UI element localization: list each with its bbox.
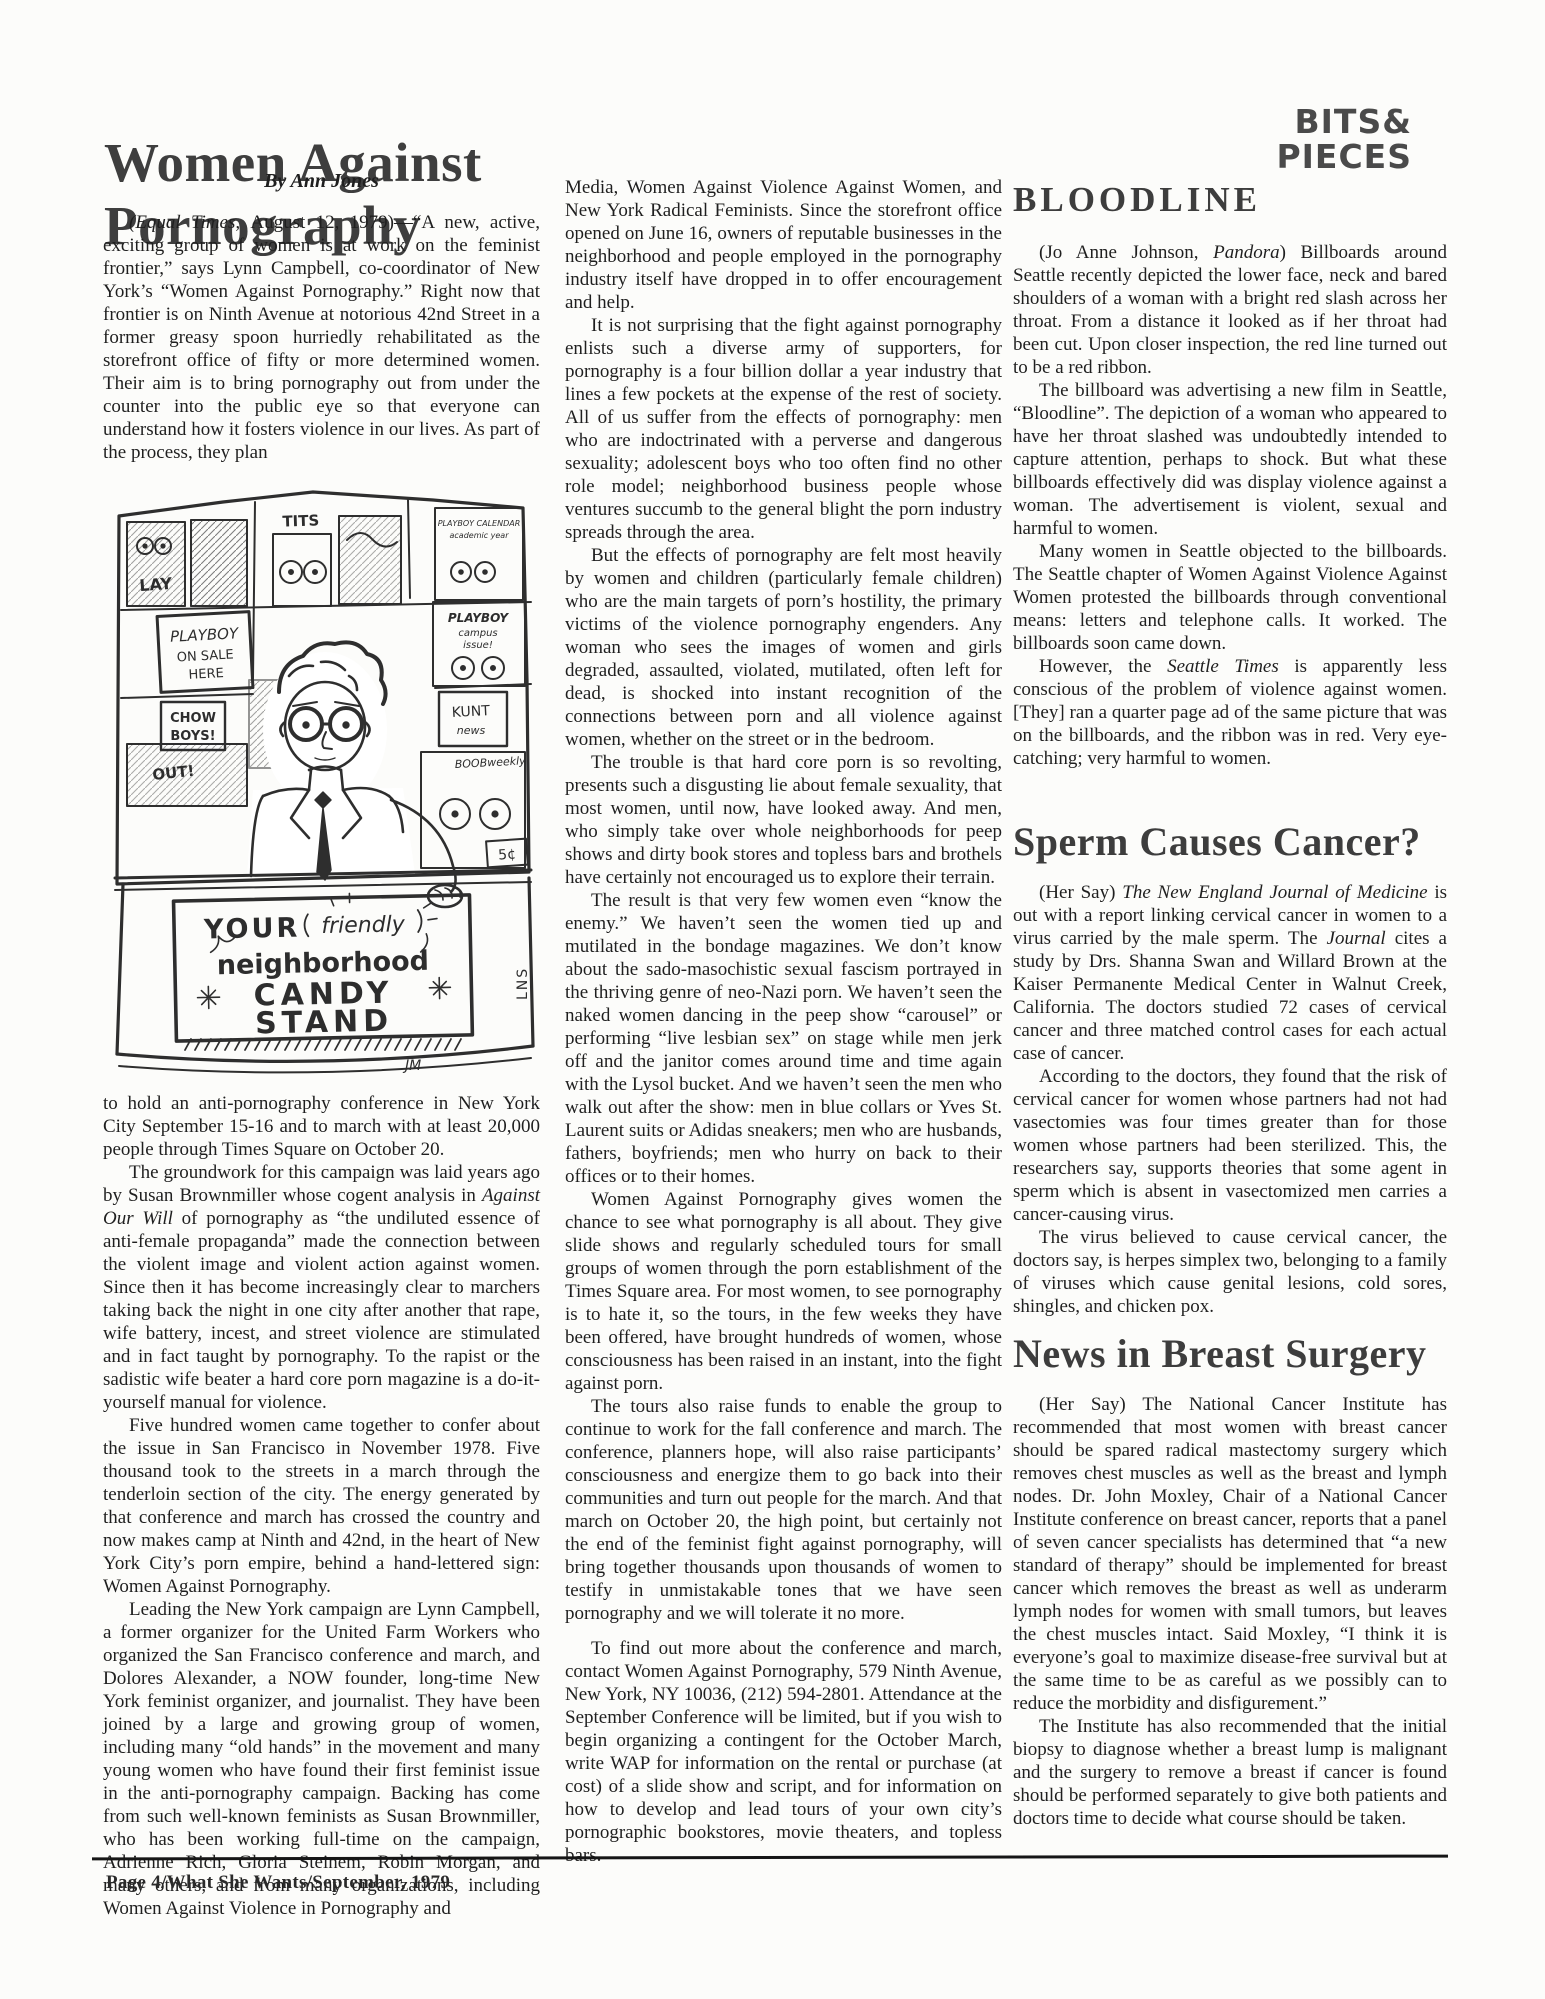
poster-calendar-line1: PLAYBOY CALENDAR bbox=[438, 519, 521, 528]
article-paragraph: Many women in Seattle objected to the bi… bbox=[1013, 540, 1447, 655]
journal-name: The New England Journal of Medicine bbox=[1122, 882, 1427, 903]
publication-name: Seattle Times bbox=[1167, 656, 1279, 677]
poster-lay: LAY bbox=[139, 574, 173, 595]
article-paragraph: However, the Seattle Times is apparently… bbox=[1013, 655, 1447, 770]
article-paragraph: But the effects of pornography are felt … bbox=[565, 544, 1002, 751]
sale-sign-line1: PLAYBOY bbox=[170, 624, 241, 646]
candy-stand-sign: YOUR friendly neighborhood CANDY STAND bbox=[173, 891, 472, 1043]
chow-boys-sign: CHOW BOYS! bbox=[161, 702, 225, 750]
poster-campus-line2: campus bbox=[458, 628, 497, 639]
article-paragraph: To find out more about the conference an… bbox=[565, 1637, 1002, 1867]
price-label: 5¢ bbox=[498, 846, 517, 863]
column-1: By Ann Jones (Equal Times, August 12, 19… bbox=[103, 170, 540, 1920]
bloodline-headline: BLOODLINE bbox=[1013, 188, 1447, 211]
breast-surgery-section: News in Breast Surgery (Her Say) The Nat… bbox=[1013, 1342, 1447, 1830]
candy-stand-drawing: LAY TITS PLAYBOY CALENDAR academic year … bbox=[103, 480, 540, 1078]
price-tag: 5¢ bbox=[486, 839, 528, 868]
column-3: BLOODLINE (Jo Anne Johnson, Pandora) Bil… bbox=[1013, 170, 1447, 1870]
article-paragraph: The result is that very few women even “… bbox=[565, 889, 1002, 1188]
article-paragraph: The groundwork for this campaign was lai… bbox=[103, 1161, 540, 1414]
sperm-causes-cancer-section: Sperm Causes Cancer? (Her Say) The New E… bbox=[1013, 830, 1447, 1318]
page-footer: Page 4/What She Wants/September, 1979 bbox=[106, 1872, 450, 1894]
kunt-news-cover: KUNT news bbox=[439, 692, 507, 746]
newsstand-cartoon-illustration: LAY TITS PLAYBOY CALENDAR academic year … bbox=[103, 480, 540, 1078]
sign-friendly: friendly bbox=[321, 912, 406, 939]
article-paragraph: (Her Say) The New England Journal of Med… bbox=[1013, 881, 1447, 1065]
article-paragraph: The Institute has also recommended that … bbox=[1013, 1715, 1447, 1830]
article-paragraph: According to the doctors, they found tha… bbox=[1013, 1065, 1447, 1226]
article-paragraph: Media, Women Against Violence Against Wo… bbox=[565, 176, 1002, 314]
article-paragraph: The billboard was advertising a new film… bbox=[1013, 379, 1447, 540]
publication-name: Pandora bbox=[1213, 242, 1280, 263]
playboy-sale-sign: PLAYBOY ON SALE HERE bbox=[157, 612, 253, 693]
journal-name: Journal bbox=[1327, 928, 1386, 949]
lns-credit: LNS bbox=[515, 967, 531, 1000]
bits-and-pieces-masthead: BITS& PIECES bbox=[1276, 104, 1412, 174]
sale-sign-line3: HERE bbox=[188, 666, 224, 683]
artist-signature: JM bbox=[402, 1058, 421, 1074]
byline: By Ann Jones bbox=[103, 170, 540, 193]
poster-tits: TITS bbox=[282, 511, 319, 530]
chow-sign-line2: BOYS! bbox=[170, 729, 215, 744]
article-paragraph: The tours also raise funds to enable the… bbox=[565, 1395, 1002, 1625]
newspaper-page: Women Against Pornography BITS& PIECES B… bbox=[0, 0, 1545, 1999]
bits-line1: BITS& bbox=[1276, 104, 1412, 139]
article-paragraph: The trouble is that hard core porn is so… bbox=[565, 751, 1002, 889]
article-paragraph: It is not surprising that the fight agai… bbox=[565, 314, 1002, 544]
poster-calendar-line2: academic year bbox=[449, 531, 509, 540]
sign-neighborhood: neighborhood bbox=[216, 946, 429, 981]
article-paragraph: The virus believed to cause cervical can… bbox=[1013, 1226, 1447, 1318]
sign-your: YOUR bbox=[203, 912, 301, 945]
article-paragraph: to hold an anti-pornography conference i… bbox=[103, 1092, 540, 1161]
article-paragraph: (Equal Times, August 12, 1979)—“A new, a… bbox=[103, 211, 540, 464]
poster-boob-weekly: BOOBweekly bbox=[454, 754, 526, 771]
poster-campus-line3: issue! bbox=[463, 640, 493, 651]
breast-surgery-headline: News in Breast Surgery bbox=[1013, 1342, 1447, 1365]
article-paragraph: (Jo Anne Johnson, Pandora) Billboards ar… bbox=[1013, 241, 1447, 379]
kunt-line1: KUNT bbox=[451, 703, 490, 721]
article-paragraph: Five hundred women came together to conf… bbox=[103, 1414, 540, 1598]
bloodline-section: BLOODLINE (Jo Anne Johnson, Pandora) Bil… bbox=[1013, 188, 1447, 770]
column-2: Media, Women Against Violence Against Wo… bbox=[565, 176, 1002, 1867]
bits-line2: PIECES bbox=[1276, 139, 1412, 174]
chow-sign-line1: CHOW bbox=[170, 711, 216, 726]
sperm-headline: Sperm Causes Cancer? bbox=[1013, 830, 1447, 853]
kunt-line2: news bbox=[457, 724, 486, 737]
article-paragraph: (Her Say) The National Cancer Institute … bbox=[1013, 1393, 1447, 1715]
sale-sign-line2: ON SALE bbox=[176, 648, 234, 666]
publication-credit: (Equal Times, bbox=[129, 212, 250, 233]
article-paragraph: Women Against Pornography gives women th… bbox=[565, 1188, 1002, 1395]
poster-campus-line1: PLAYBOY bbox=[448, 611, 510, 625]
sign-stand: STAND bbox=[255, 1004, 394, 1042]
